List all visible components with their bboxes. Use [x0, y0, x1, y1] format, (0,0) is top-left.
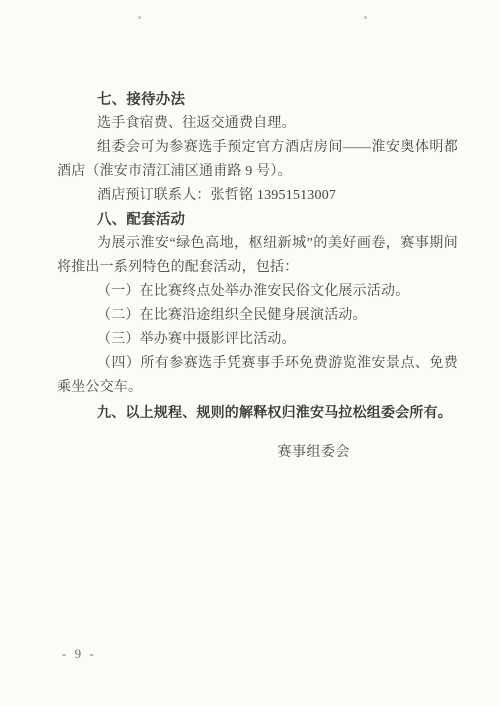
document-page: 七、接待办法 选手食宿费、往返交通费自理。 组委会可为参赛选手预定官方酒店房间—… [0, 0, 500, 706]
paragraph-activities-intro: 为展示淮安“绿色高地，枢纽新城”的美好画卷，赛事期间将推出一系列特色的配套活动，… [57, 232, 458, 280]
list-item-activity-3: （三）举办赛中摄影评比活动。 [57, 328, 458, 352]
section-heading-activities: 八、配套活动 [57, 208, 458, 232]
list-item-activity-4: （四）所有参赛选手凭赛事手环免费游览淮安景点、免费乘坐公交车。 [57, 352, 458, 400]
scan-speck [138, 16, 141, 19]
section-statement-interpretation: 九、以上规程、规则的解释权归淮安马拉松组委会所有。 [57, 400, 458, 424]
paragraph-expenses: 选手食宿费、往返交通费自理。 [57, 112, 458, 136]
page-number: - 9 - [62, 646, 96, 662]
paragraph-hotel-contact: 酒店预订联系人：张哲铭 13951513007 [57, 184, 458, 208]
signature-committee: 赛事组委会 [57, 441, 458, 465]
scan-speck [364, 16, 367, 19]
document-body: 七、接待办法 选手食宿费、往返交通费自理。 组委会可为参赛选手预定官方酒店房间—… [57, 88, 458, 465]
list-item-activity-1: （一）在比赛终点处举办淮安民俗文化展示活动。 [57, 280, 458, 304]
paragraph-hotel-booking: 组委会可为参赛选手预定官方酒店房间——淮安奥体明都酒店（淮安市清江浦区通甫路 9… [57, 136, 458, 184]
list-item-activity-2: （二）在比赛沿途组织全民健身展演活动。 [57, 304, 458, 328]
section-heading-reception: 七、接待办法 [57, 88, 458, 112]
